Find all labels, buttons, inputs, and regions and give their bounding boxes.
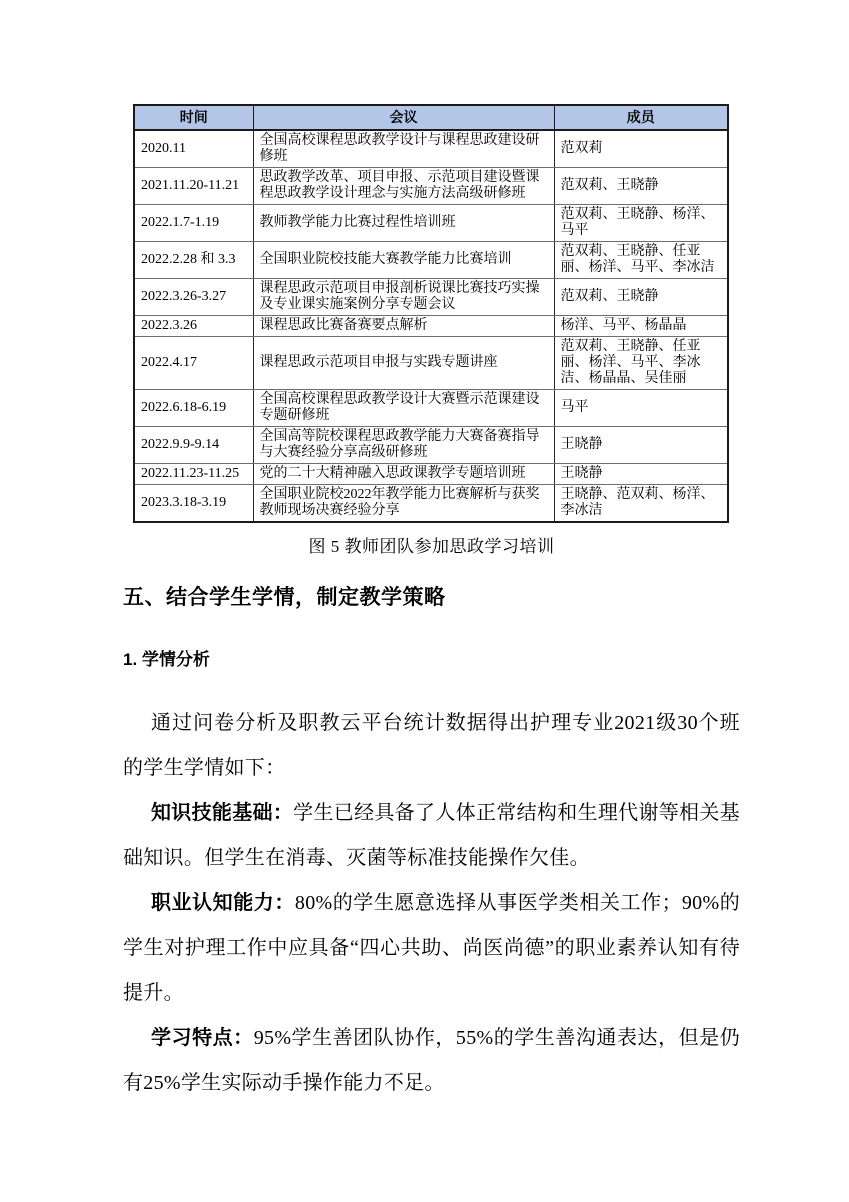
cell-members: 马平 <box>554 390 728 427</box>
table-body: 2020.11全国高校课程思政教学设计与课程思政建设研修班范双莉2021.11.… <box>134 130 728 522</box>
cell-meeting: 课程思政示范项目申报剖析说课比赛技巧实操及专业课实施案例分享专题会议 <box>253 279 554 316</box>
cell-time: 2023.3.18-3.19 <box>134 485 253 523</box>
cell-time: 2022.3.26-3.27 <box>134 279 253 316</box>
paragraph: 知识技能基础：学生已经具备了人体正常结构和生理代谢等相关基础知识。但学生在消毒、… <box>123 791 740 881</box>
cell-time: 2020.11 <box>134 130 253 168</box>
cell-members: 范双莉、王晓静 <box>554 168 728 205</box>
cell-time: 2021.11.20-11.21 <box>134 168 253 205</box>
table-row: 2022.1.7-1.19教师教学能力比赛过程性培训班范双莉、王晓静、杨洋、马平 <box>134 205 728 242</box>
cell-time: 2022.6.18-6.19 <box>134 390 253 427</box>
cell-meeting: 全国高校课程思政教学设计与课程思政建设研修班 <box>253 130 554 168</box>
cell-members: 范双莉、王晓静、杨洋、马平 <box>554 205 728 242</box>
paragraph-text: 通过问卷分析及职教云平台统计数据得出护理专业2021级30个班的学生学情如下： <box>123 712 740 779</box>
cell-time: 2022.11.23-11.25 <box>134 464 253 485</box>
table-row: 2022.3.26-3.27课程思政示范项目申报剖析说课比赛技巧实操及专业课实施… <box>134 279 728 316</box>
paragraph: 学习特点：95%学生善团队协作，55%的学生善沟通表达，但是仍有25%学生实际动… <box>123 1016 740 1106</box>
table-row: 2023.3.18-3.19全国职业院校2022年教学能力比赛解析与获奖教师现场… <box>134 485 728 523</box>
paragraph-lead: 学习特点： <box>151 1027 254 1049</box>
table-row: 2022.9.9-9.14全国高等院校课程思政教学能力大赛备赛指导与大赛经验分享… <box>134 427 728 464</box>
paragraph-lead: 知识技能基础： <box>151 802 293 824</box>
cell-members: 王晓静 <box>554 427 728 464</box>
cell-time: 2022.9.9-9.14 <box>134 427 253 464</box>
column-header: 成员 <box>554 105 728 130</box>
cell-meeting: 全国职业院校2022年教学能力比赛解析与获奖教师现场决赛经验分享 <box>253 485 554 523</box>
table-row: 2022.11.23-11.25党的二十大精神融入思政课教学专题培训班王晓静 <box>134 464 728 485</box>
column-header: 时间 <box>134 105 253 130</box>
paragraph: 职业认知能力：80%的学生愿意选择从事医学类相关工作；90%的学生对护理工作中应… <box>123 881 740 1016</box>
table-header-row: 时间会议成员 <box>134 105 728 130</box>
table-row: 2022.3.26课程思政比赛备赛要点解析杨洋、马平、杨晶晶 <box>134 316 728 337</box>
cell-members: 杨洋、马平、杨晶晶 <box>554 316 728 337</box>
table-row: 2022.4.17课程思政示范项目申报与实践专题讲座范双莉、王晓静、任亚丽、杨洋… <box>134 337 728 390</box>
paragraph: 通过问卷分析及职教云平台统计数据得出护理专业2021级30个班的学生学情如下： <box>123 701 740 791</box>
document-page: 时间会议成员 2020.11全国高校课程思政教学设计与课程思政建设研修班范双莉2… <box>0 0 849 1202</box>
section-heading: 五、结合学生学情，制定教学策略 <box>123 584 740 611</box>
cell-members: 范双莉、王晓静 <box>554 279 728 316</box>
cell-meeting: 党的二十大精神融入思政课教学专题培训班 <box>253 464 554 485</box>
cell-time: 2022.1.7-1.19 <box>134 205 253 242</box>
table-row: 2022.6.18-6.19全国高校课程思政教学设计大赛暨示范课建设专题研修班马… <box>134 390 728 427</box>
cell-members: 王晓静 <box>554 464 728 485</box>
cell-members: 范双莉、王晓静、任亚丽、杨洋、马平、李冰洁、杨晶晶、吴佳丽 <box>554 337 728 390</box>
body-paragraphs: 通过问卷分析及职教云平台统计数据得出护理专业2021级30个班的学生学情如下：知… <box>123 701 740 1106</box>
table-row: 2020.11全国高校课程思政教学设计与课程思政建设研修班范双莉 <box>134 130 728 168</box>
cell-meeting: 思政教学改革、项目申报、示范项目建设暨课程思政教学设计理念与实施方法高级研修班 <box>253 168 554 205</box>
cell-meeting: 全国高校课程思政教学设计大赛暨示范课建设专题研修班 <box>253 390 554 427</box>
figure-caption: 图 5 教师团队参加思政学习培训 <box>123 536 740 558</box>
cell-meeting: 课程思政示范项目申报与实践专题讲座 <box>253 337 554 390</box>
cell-meeting: 课程思政比赛备赛要点解析 <box>253 316 554 337</box>
table-row: 2021.11.20-11.21思政教学改革、项目申报、示范项目建设暨课程思政教… <box>134 168 728 205</box>
paragraph-lead: 职业认知能力： <box>151 892 295 914</box>
cell-members: 王晓静、范双莉、杨洋、李冰洁 <box>554 485 728 523</box>
cell-members: 范双莉、王晓静、任亚丽、杨洋、马平、李冰洁 <box>554 242 728 279</box>
cell-time: 2022.4.17 <box>134 337 253 390</box>
training-table: 时间会议成员 2020.11全国高校课程思政教学设计与课程思政建设研修班范双莉2… <box>133 104 729 523</box>
cell-time: 2022.3.26 <box>134 316 253 337</box>
subsection-heading: 1. 学情分析 <box>123 649 740 671</box>
cell-meeting: 全国职业院校技能大赛教学能力比赛培训 <box>253 242 554 279</box>
table-row: 2022.2.28 和 3.3全国职业院校技能大赛教学能力比赛培训范双莉、王晓静… <box>134 242 728 279</box>
cell-time: 2022.2.28 和 3.3 <box>134 242 253 279</box>
cell-meeting: 教师教学能力比赛过程性培训班 <box>253 205 554 242</box>
cell-meeting: 全国高等院校课程思政教学能力大赛备赛指导与大赛经验分享高级研修班 <box>253 427 554 464</box>
cell-members: 范双莉 <box>554 130 728 168</box>
column-header: 会议 <box>253 105 554 130</box>
